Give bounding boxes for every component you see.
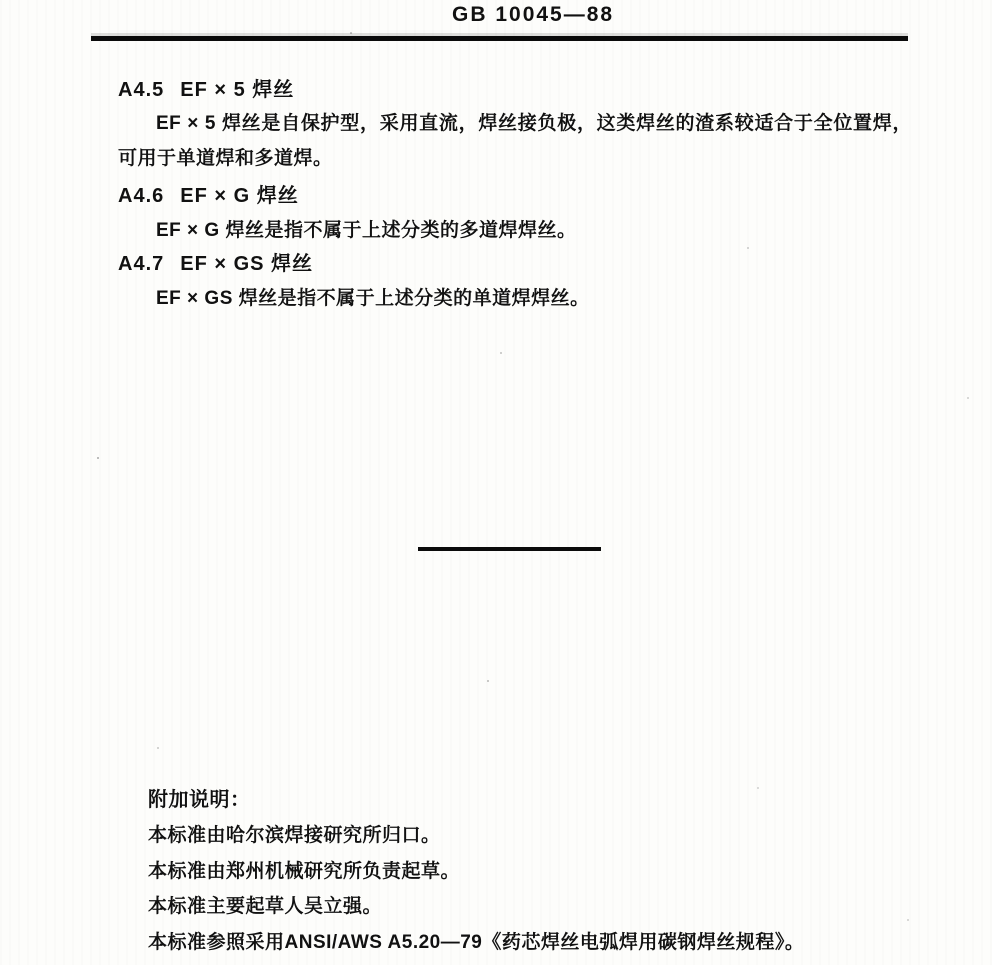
addendum-line-drafter: 本标准主要起草人吴立强。: [148, 889, 928, 925]
addendum-line-reference-standard: 本标准参照采用ANSI/AWS A5.20—79《药芯焊丝电弧焊用碳钢焊丝规程》…: [148, 925, 928, 961]
addendum-line-drafting-org: 本标准由郑州机械研究所负责起草。: [148, 854, 928, 890]
document-page: GB 10045—88 A4.5EF × 5 焊丝 EF × 5 焊丝是自保护型…: [0, 0, 992, 965]
header-rule: [91, 36, 908, 41]
section-title: EF × 5 焊丝: [180, 79, 294, 101]
section-heading-a46: A4.6EF × G 焊丝: [118, 179, 299, 208]
section-number: A4.5: [118, 79, 164, 101]
section-title: EF × G 焊丝: [180, 185, 298, 207]
section-title: EF × GS 焊丝: [180, 253, 313, 275]
section-paragraph-a45: EF × 5 焊丝是自保护型，采用直流，焊丝接负极，这类焊丝的渣系较适合于全位置…: [118, 106, 912, 176]
addendum-line-centralization: 本标准由哈尔滨焊接研究所归口。: [148, 818, 928, 854]
section-paragraph-a46: EF × G 焊丝是指不属于上述分类的多道焊焊丝。: [118, 213, 912, 248]
section-number: A4.7: [118, 253, 164, 275]
section-number: A4.6: [118, 185, 164, 207]
addendum-block: 附加说明： 本标准由哈尔滨焊接研究所归口。 本标准由郑州机械研究所负责起草。 本…: [148, 783, 928, 960]
section-paragraph-a47: EF × GS 焊丝是指不属于上述分类的单道焊焊丝。: [118, 281, 912, 316]
standard-number: GB 10045—88: [452, 3, 614, 27]
addendum-title: 附加说明：: [148, 783, 928, 818]
scan-noise-specks: [97, 457, 99, 459]
end-of-text-divider: [418, 547, 601, 551]
section-heading-a45: A4.5EF × 5 焊丝: [118, 73, 294, 102]
section-heading-a47: A4.7EF × GS 焊丝: [118, 247, 313, 276]
